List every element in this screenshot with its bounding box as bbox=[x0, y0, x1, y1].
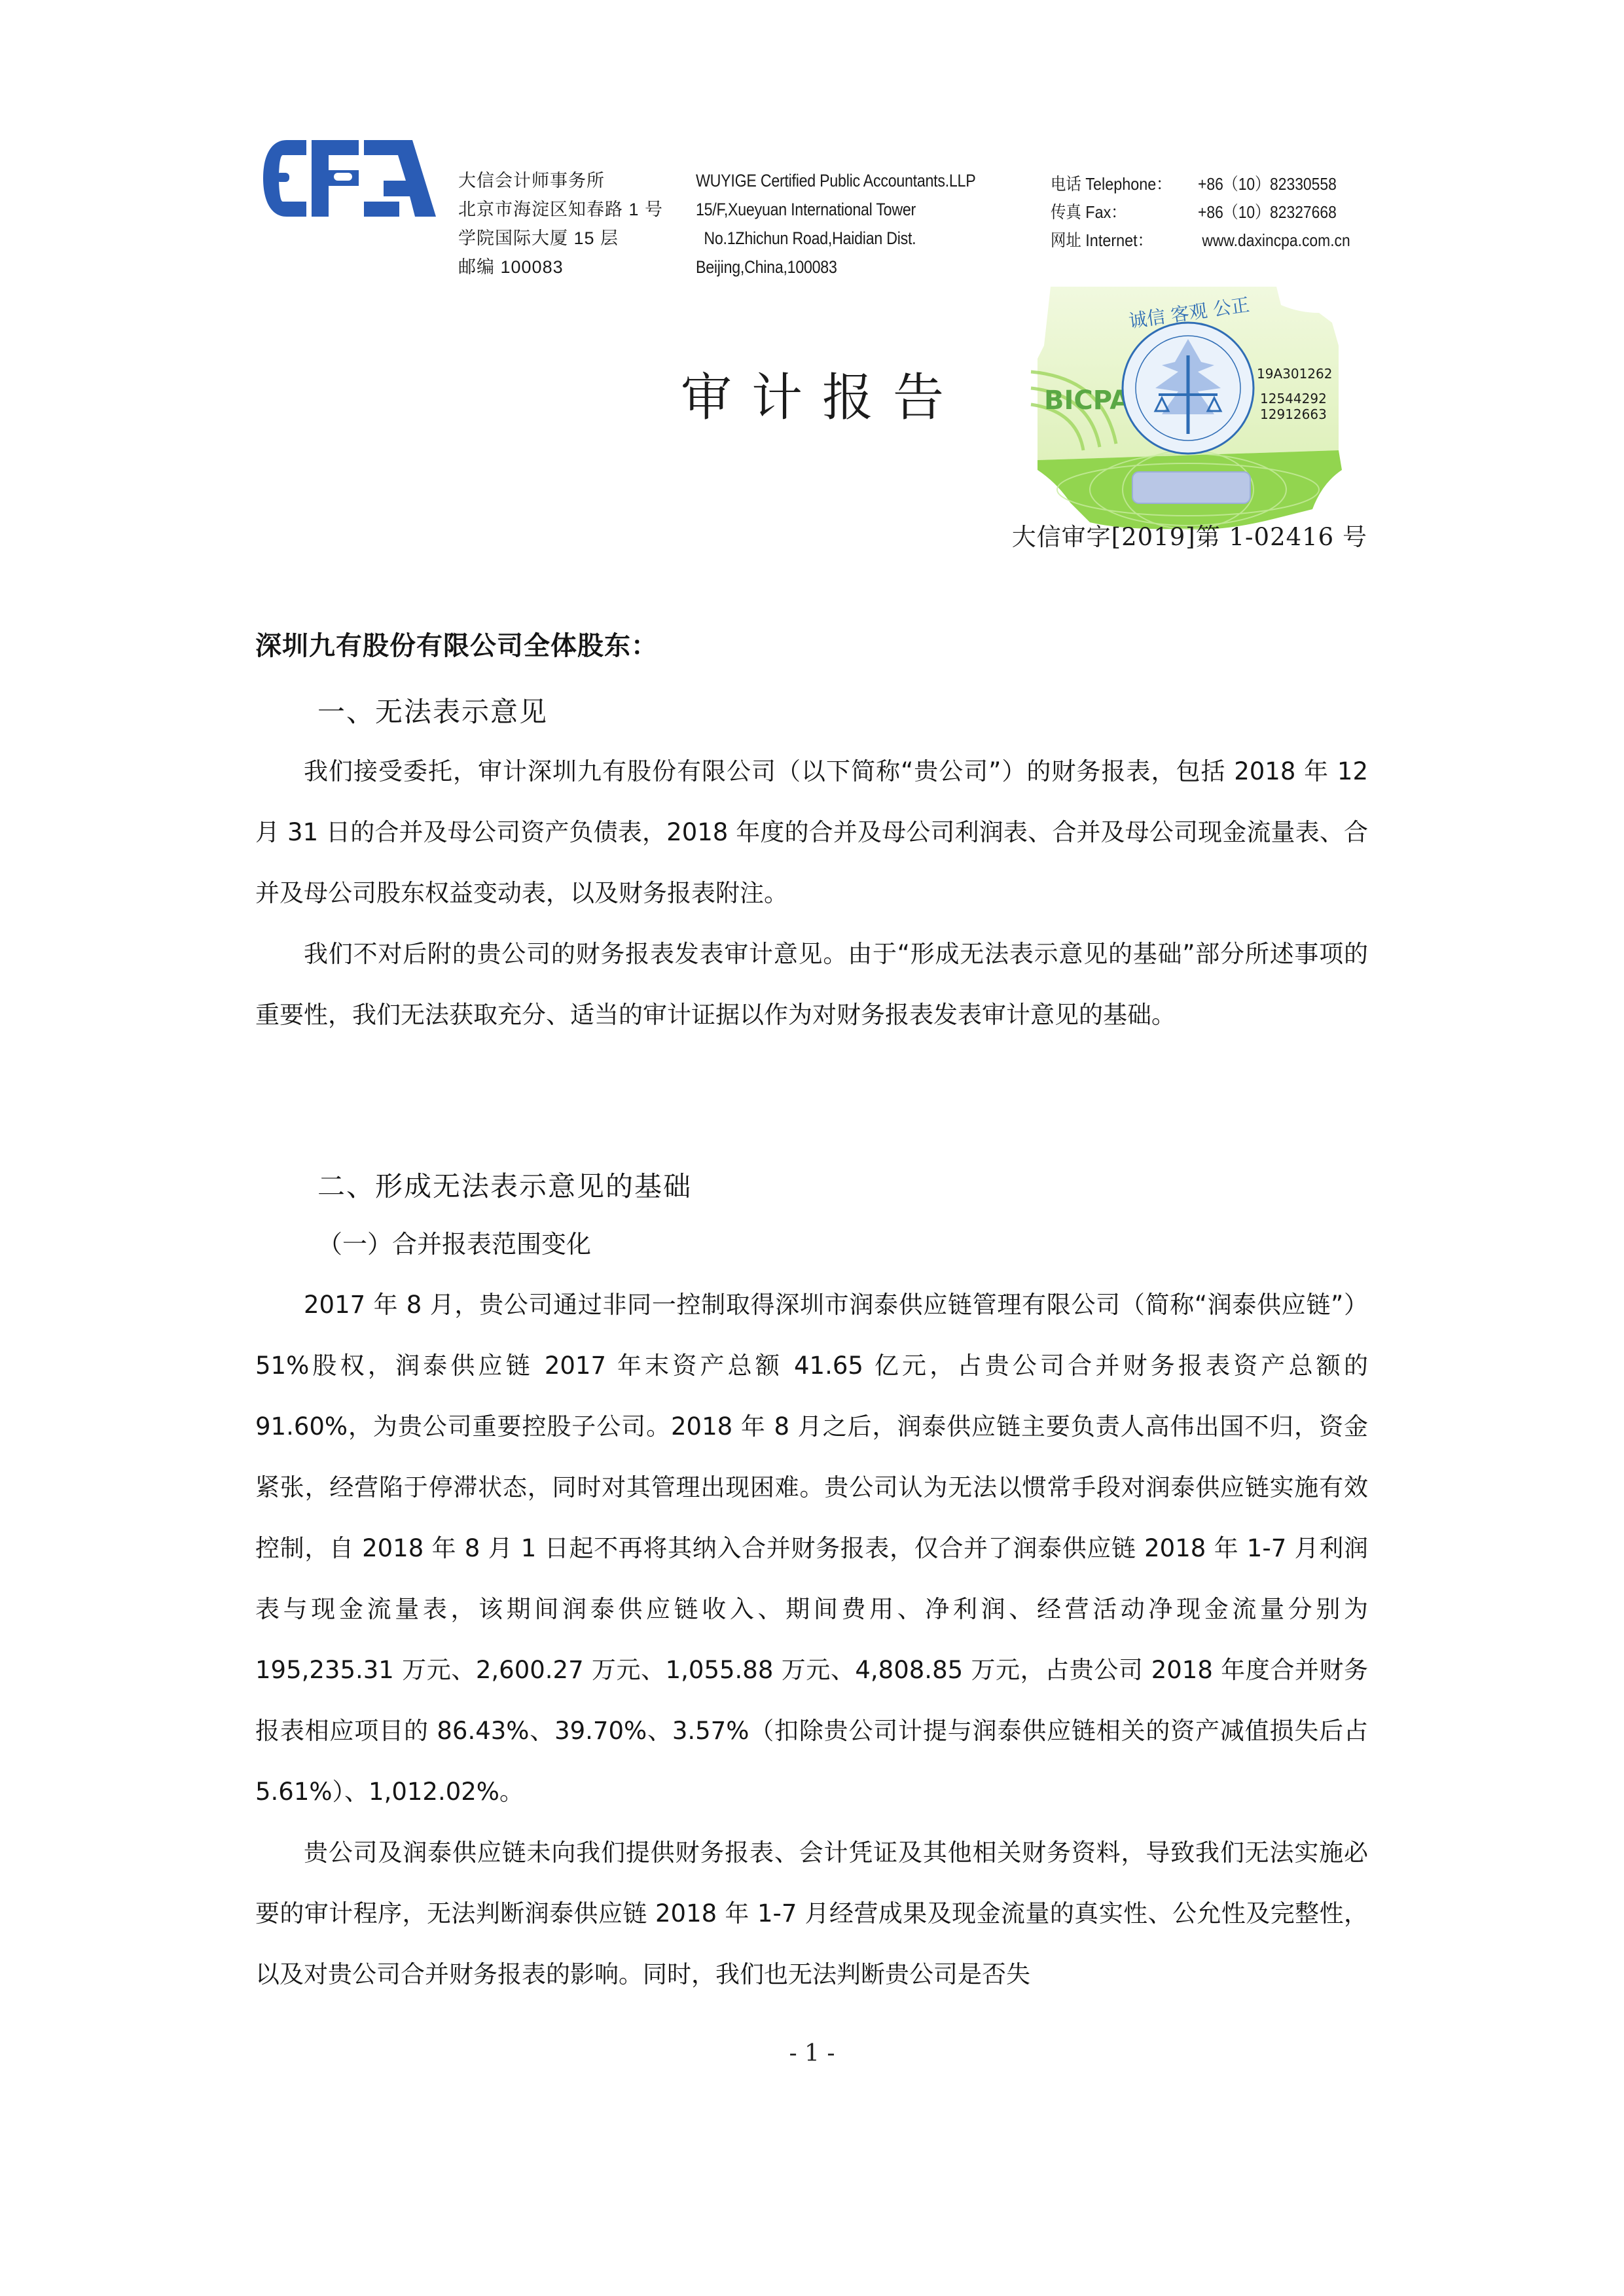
postcode-cn: 邮编 100083 bbox=[458, 253, 663, 281]
section-heading: 二、形成无法表示意见的基础 bbox=[317, 1165, 692, 1204]
cpa-logo-icon bbox=[261, 137, 439, 219]
address-line-cn: 北京市海淀区知春路 1 号 bbox=[458, 195, 663, 224]
section-heading: 一、无法表示意见 bbox=[317, 691, 548, 730]
address-line-en: 15/F,Xueyuan International Tower bbox=[696, 195, 975, 224]
fax-row: 传真 Fax： +86（10）82327668 bbox=[1051, 198, 1368, 226]
address-line-en: No.1Zhichun Road,Haidian Dist. bbox=[696, 224, 975, 253]
website-value: www.daxincpa.com.cn bbox=[1198, 226, 1348, 255]
bicpa-seal-icon: BICPA 诚信 客观 公正 19A301262 12544292 129126… bbox=[1024, 274, 1348, 532]
address-line-en: Beijing,China,100083 bbox=[696, 253, 975, 281]
svg-text:19A301262: 19A301262 bbox=[1257, 366, 1332, 382]
section-1-body: 我们接受委托，审计深圳九有股份有限公司（以下简称“贵公司”）的财务报表，包括 2… bbox=[255, 741, 1368, 1045]
firm-name-en: WUYIGE Certified Public Accountants.LLP bbox=[696, 166, 975, 195]
paragraph: 2017 年 8 月，贵公司通过非同一控制取得深圳市润泰供应链管理有限公司（简称… bbox=[255, 1274, 1368, 1822]
section-subheading: （一）合并报表范围变化 bbox=[317, 1224, 591, 1260]
section-2-body: 2017 年 8 月，贵公司通过非同一控制取得深圳市润泰供应链管理有限公司（简称… bbox=[255, 1274, 1368, 2005]
svg-text:12544292: 12544292 bbox=[1260, 391, 1327, 406]
firm-logo bbox=[261, 137, 439, 219]
firm-name-cn: 大信会计师事务所 bbox=[458, 166, 663, 195]
firm-contact: 电话 Telephone： +86（10）82330558 传真 Fax： +8… bbox=[1051, 170, 1368, 255]
firm-address-cn: 大信会计师事务所 北京市海淀区知春路 1 号 学院国际大厦 15 层 邮编 10… bbox=[458, 166, 663, 281]
fax-label: 传真 Fax： bbox=[1051, 198, 1183, 226]
telephone-label: 电话 Telephone： bbox=[1051, 170, 1183, 198]
fax-value: +86（10）82327668 bbox=[1198, 198, 1348, 226]
address-line-cn: 学院国际大厦 15 层 bbox=[458, 224, 663, 253]
paragraph: 我们不对后附的贵公司的财务报表发表审计意见。由于“形成无法表示意见的基础”部分所… bbox=[255, 924, 1368, 1045]
firm-address-en: WUYIGE Certified Public Accountants.LLP … bbox=[696, 166, 975, 281]
seal-abbrev-text: BICPA bbox=[1044, 386, 1130, 416]
paragraph: 贵公司及润泰供应链未向我们提供财务报表、会计凭证及其他相关财务资料，导致我们无法… bbox=[255, 1822, 1368, 2005]
page-number: - 1 - bbox=[0, 2040, 1624, 2067]
website-row: 网址 Internet： www.daxincpa.com.cn bbox=[1051, 226, 1368, 255]
addressee: 深圳九有股份有限公司全体股东： bbox=[255, 625, 658, 662]
report-reference-number: 大信审字[2019]第 1-02416 号 bbox=[1012, 517, 1367, 552]
svg-text:12912663: 12912663 bbox=[1260, 406, 1327, 422]
bicpa-seal: BICPA 诚信 客观 公正 19A301262 12544292 129126… bbox=[1024, 274, 1348, 532]
telephone-value: +86（10）82330558 bbox=[1198, 170, 1348, 198]
paragraph: 我们接受委托，审计深圳九有股份有限公司（以下简称“贵公司”）的财务报表，包括 2… bbox=[255, 741, 1368, 924]
telephone-row: 电话 Telephone： +86（10）82330558 bbox=[1051, 170, 1368, 198]
page-title: 审计报告 bbox=[681, 357, 964, 430]
website-label: 网址 Internet： bbox=[1051, 226, 1183, 255]
